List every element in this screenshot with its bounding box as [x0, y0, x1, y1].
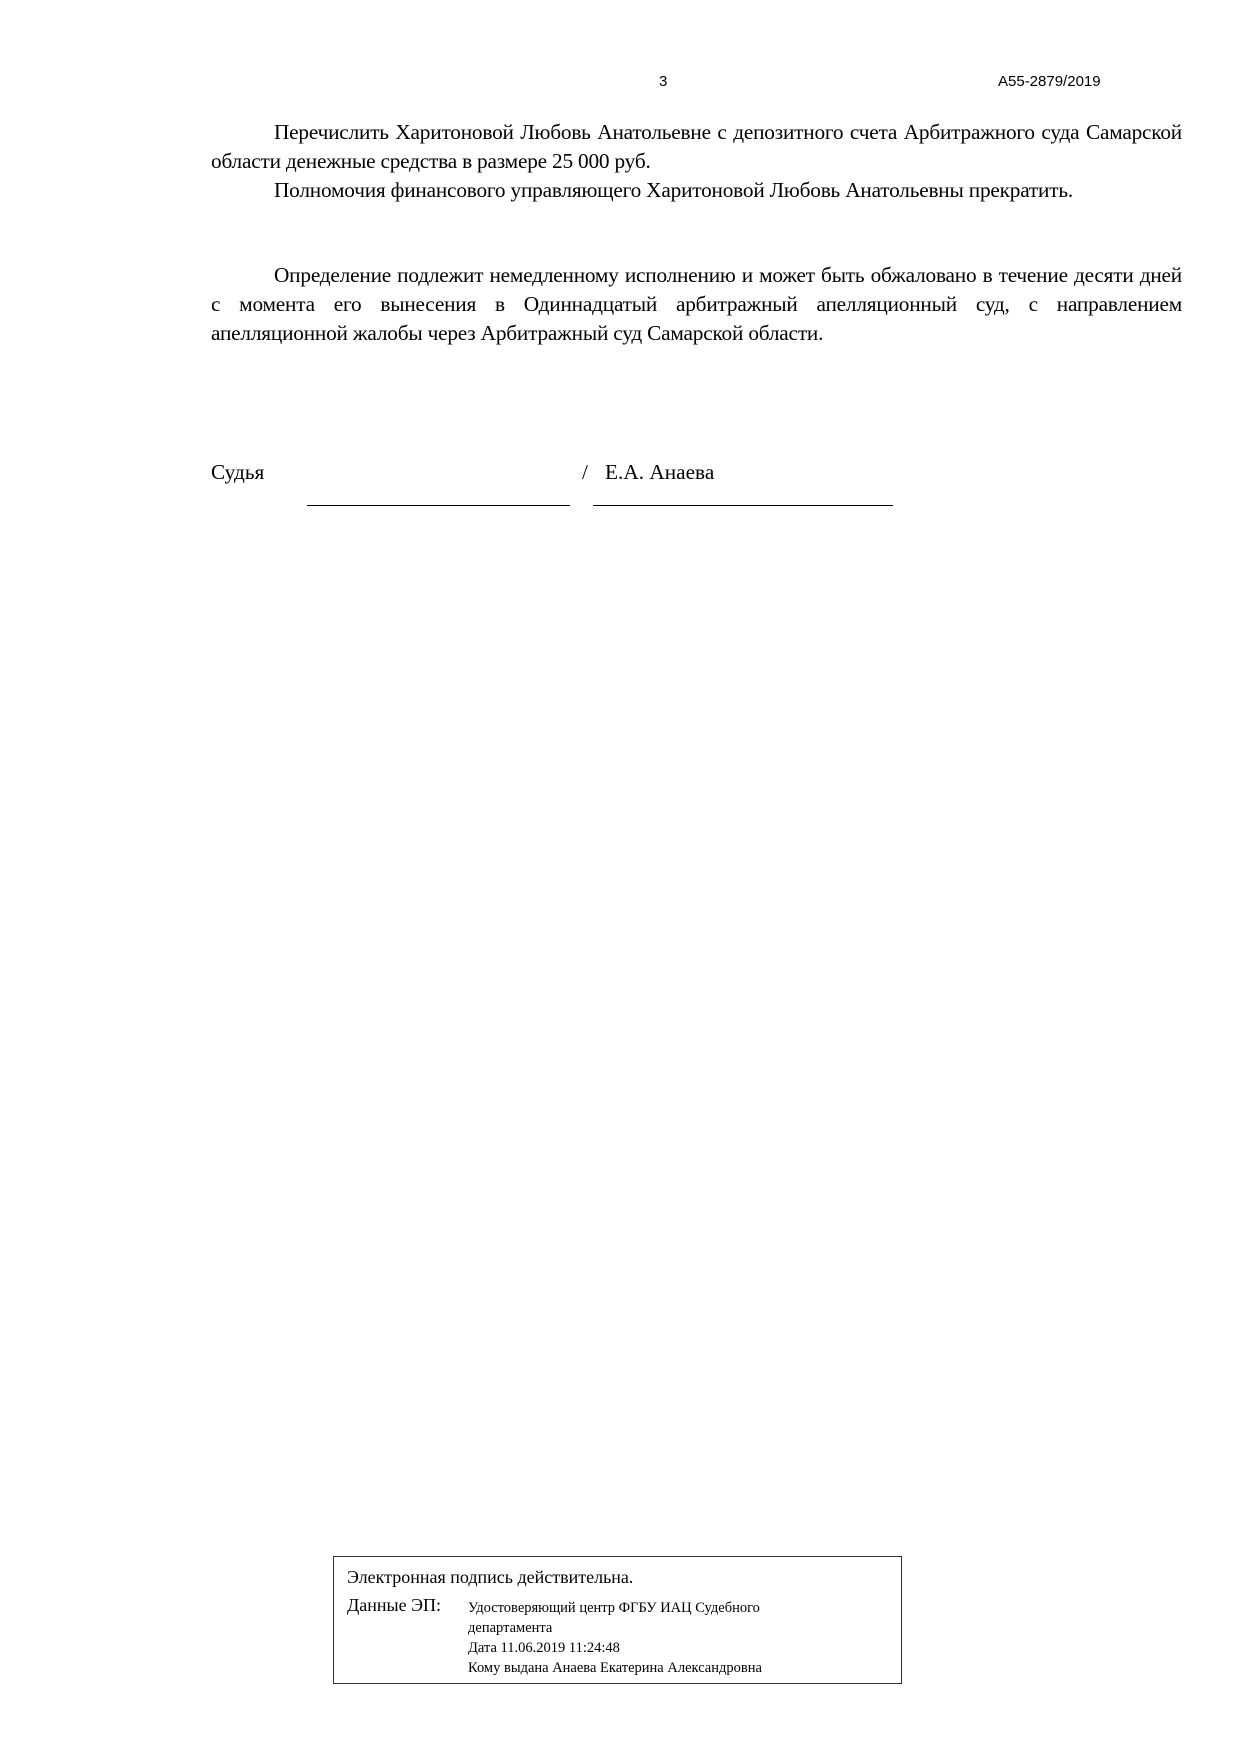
paragraph-terminate-powers: Полномочия финансового управляющего Хари… — [211, 176, 1182, 205]
esign-issuer: Удостоверяющий центр ФГБУ ИАЦ Судебного — [468, 1598, 888, 1618]
esign-label: Данные ЭП: — [347, 1595, 441, 1616]
paragraph-appeal: Определение подлежит немедленному исполн… — [211, 261, 1182, 348]
page-number: 3 — [659, 73, 667, 90]
judge-name: Е.А. Анаева — [605, 460, 714, 485]
esign-details: Удостоверяющий центр ФГБУ ИАЦ Судебного … — [468, 1598, 888, 1678]
electronic-signature-stamp: Электронная подпись действительна. Данны… — [333, 1556, 902, 1684]
paragraph-transfer-funds: Перечислить Харитоновой Любовь Анатольев… — [211, 118, 1182, 176]
signature-line — [307, 505, 570, 506]
esign-title: Электронная подпись действительна. — [347, 1567, 633, 1588]
resolution-block: Перечислить Харитоновой Любовь Анатольев… — [211, 118, 1182, 205]
name-line — [593, 505, 893, 506]
judge-label: Судья — [211, 460, 264, 485]
esign-issuer-cont: департамента — [468, 1618, 888, 1638]
esign-date: Дата 11.06.2019 11:24:48 — [468, 1638, 888, 1658]
appeal-block: Определение подлежит немедленному исполн… — [211, 261, 1182, 348]
signature-separator: / — [582, 460, 588, 485]
case-number: А55-2879/2019 — [998, 73, 1101, 90]
esign-holder: Кому выдана Анаева Екатерина Александров… — [468, 1658, 888, 1678]
